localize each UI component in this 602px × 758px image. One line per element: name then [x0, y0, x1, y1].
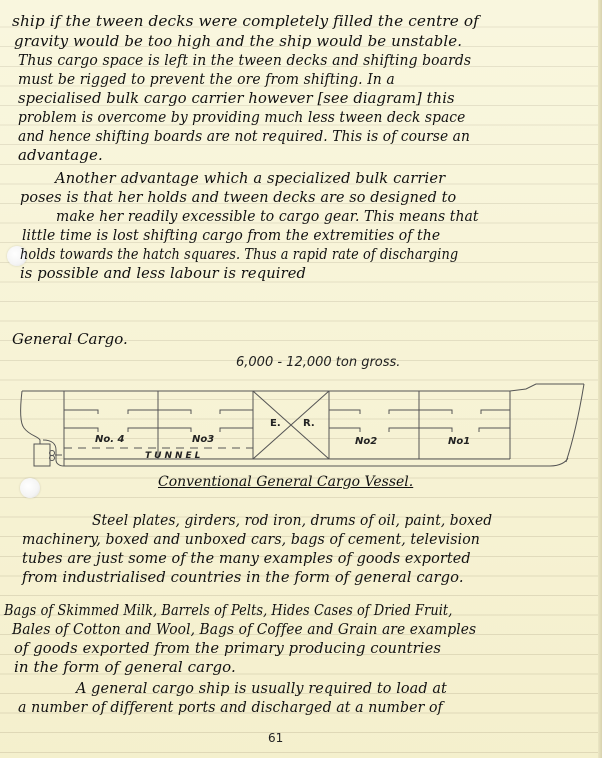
- text-line: Steel plates, girders, rod iron, drums o…: [92, 511, 492, 529]
- text-line: in the form of general cargo.: [14, 658, 236, 676]
- hold-1-label: No1: [448, 436, 470, 447]
- diagram-labels: No. 4 No3 E. R. No2 No1 TUNNEL: [0, 378, 602, 478]
- text-line: ship if the tween decks were completely …: [12, 12, 479, 30]
- text-line: specialised bulk cargo carrier however […: [18, 89, 455, 107]
- text-line: A general cargo ship is usually required…: [76, 679, 447, 697]
- text-line: machinery, boxed and unboxed cars, bags …: [22, 530, 480, 548]
- text-line: gravity would be too high and the ship w…: [14, 32, 462, 50]
- text-line: a number of different ports and discharg…: [18, 698, 443, 716]
- engine-room-r-label: R.: [303, 418, 315, 429]
- text-line: must be rigged to prevent the ore from s…: [18, 70, 395, 88]
- text-line: and hence shifting boards are not requir…: [18, 127, 470, 145]
- tonnage-label: 6,000 - 12,000 ton gross.: [236, 355, 400, 370]
- engine-room-e-label: E.: [270, 418, 281, 429]
- hold-4-label: No. 4: [95, 434, 124, 445]
- page-number: 61: [268, 731, 283, 745]
- tunnel-label: TUNNEL: [145, 451, 203, 461]
- text-line: of goods exported from the primary produ…: [14, 639, 441, 657]
- text-line: from industrialised countries in the for…: [22, 568, 464, 586]
- text-line: Thus cargo space is left in the tween de…: [18, 51, 471, 69]
- punch-hole-bottom: [20, 478, 40, 498]
- text-line: holds towards the hatch squares. Thus a …: [20, 245, 458, 263]
- hold-3-label: No3: [192, 434, 214, 445]
- text-line: problem is overcome by providing much le…: [18, 108, 465, 126]
- text-line: Bales of Cotton and Wool, Bags of Coffee…: [12, 620, 476, 638]
- text-line: Another advantage which a specialized bu…: [55, 169, 445, 187]
- text-line: little time is lost shifting cargo from …: [22, 226, 440, 244]
- text-line: make her readily excessible to cargo gea…: [56, 207, 479, 225]
- text-line: Bags of Skimmed Milk, Barrels of Pelts, …: [4, 601, 452, 619]
- hold-2-label: No2: [355, 436, 377, 447]
- text-line: poses is that her holds and tween decks …: [20, 188, 456, 206]
- section-heading: General Cargo.: [12, 330, 128, 348]
- text-line: tubes are just some of the many examples…: [22, 549, 471, 567]
- text-line: is possible and less labour is required: [20, 264, 306, 282]
- diagram-caption: Conventional General Cargo Vessel.: [158, 474, 413, 490]
- text-line: advantage.: [18, 146, 103, 164]
